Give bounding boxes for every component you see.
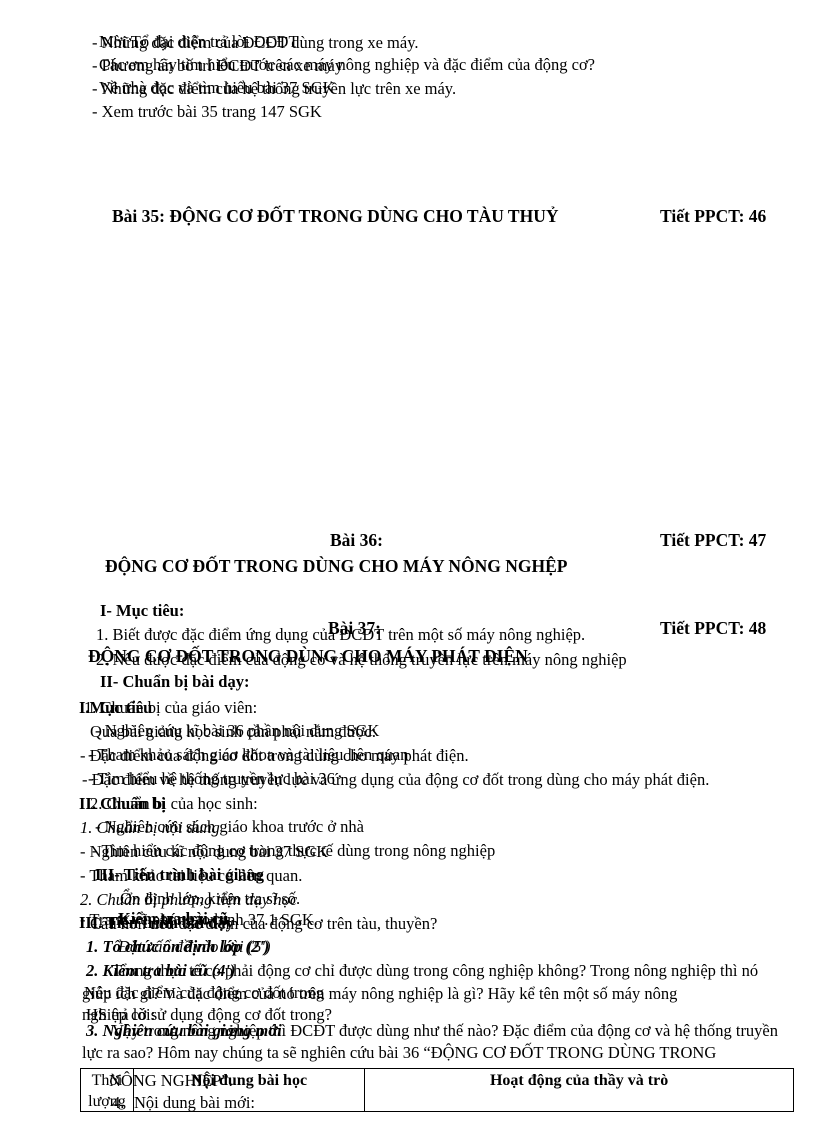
overlay-line: - Nghiên cứu kĩ bài 36 phần nội dung SGK	[95, 721, 379, 741]
overlay-line: - Nghiên cứu sách giáo khoa trước ở nhà	[95, 817, 364, 837]
overlay-line: Nội dung bài mới:	[134, 1093, 255, 1113]
overlay-line: - Tìm hiểu các động cơ trong thực tế dùn…	[92, 841, 495, 861]
body-line: giúp ích gì? Và đặc điểm của nó trên máy…	[82, 984, 677, 1004]
lesson-35-title: Bài 35: ĐỘNG CƠ ĐỐT TRONG DÙNG CHO TÀU T…	[112, 206, 558, 226]
overlay-line: - Tham khảo sách giáo khoa và tài liệu l…	[88, 745, 408, 765]
body-line: Vậy trong nông nghiệp thì ĐCĐT được dùng…	[112, 1021, 778, 1041]
overlay-line: III- Tiến trình bài giảng	[95, 865, 264, 885]
lesson-35-period: Tiết PPCT: 46	[660, 206, 766, 226]
overlay-line: - Tìm hiểu hệ thống truyền lực bài 36	[88, 769, 335, 789]
overlay-line: 1. Chuẩn bị của giáo viên:	[84, 698, 257, 718]
lesson-37-title: ĐỘNG CƠ ĐỐT TRONG DÙNG CHO MÁY PHÁT ĐIỆN	[88, 646, 528, 666]
overlay-line: NÔNG NGHIỆP”.	[109, 1071, 233, 1091]
section-heading: I- Mục tiêu:	[100, 601, 184, 621]
body-line: lực ra sao? Hôm nay chúng ta sẽ nghiên c…	[82, 1043, 716, 1063]
body-line: Trong thực tế có phải động cơ chỉ được d…	[112, 961, 758, 981]
document-page: Thời lượng Nội dung bài học Hoạt động củ…	[0, 0, 816, 1123]
lesson-37-number: Bài 37:	[328, 618, 381, 638]
lesson-36-period: Tiết PPCT: 47	[660, 530, 766, 550]
overlay-line: Câu hỏi: nêu đặc điểm của động cơ trên t…	[90, 914, 437, 934]
overlay-line: Đặt vấn đề vào bài (5')	[118, 937, 270, 957]
overlay-line: Về nhà đọc và tìm hiểu bài 37 SGK	[99, 78, 335, 98]
lesson-37-period: Tiết PPCT: 48	[660, 618, 766, 638]
note-line: - Xem trước bài 35 trang 147 SGK	[92, 102, 322, 122]
section-heading: II- Chuẩn bị bài dạy:	[100, 672, 249, 692]
col-activity-header: Hoạt động của thầy và trò	[365, 1069, 793, 1111]
overlay-line: Ổn định lớp, kiểm tra sĩ số.	[120, 889, 300, 909]
overlay-line: 4.	[112, 1093, 124, 1113]
overlay-line: Mời Tổ đại diện trả lời ĐCĐT	[99, 32, 299, 52]
overlay-line: Các em hãy tìm hiểu trước các máy nông n…	[99, 55, 595, 75]
lesson-36-title: ĐỘNG CƠ ĐỐT TRONG DÙNG CHO MÁY NÔNG NGHỆ…	[105, 556, 567, 576]
overlay-line: 2. Chuẩn bị của học sinh:	[90, 794, 258, 814]
lesson-36-number: Bài 36:	[330, 530, 383, 550]
